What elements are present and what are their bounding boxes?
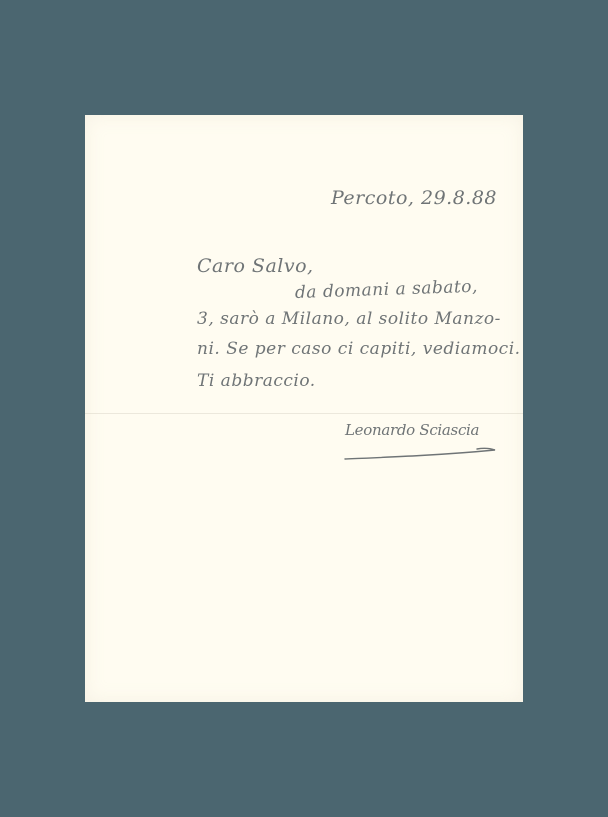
letter-salutation: Caro Salvo, xyxy=(197,255,314,277)
letter-date: Percoto, 29.8.88 xyxy=(331,187,497,209)
letter-body-line-1: da domani a sabato, xyxy=(295,277,479,303)
letter-paper: Percoto, 29.8.88 Caro Salvo, da domani a… xyxy=(85,115,523,702)
letter-body-line-3: ni. Se per caso ci capiti, vediamoci. xyxy=(197,339,521,359)
letter-body-line-2: 3, sarò a Milano, al solito Manzo- xyxy=(197,309,501,329)
letter-signature: Leonardo Sciascia xyxy=(345,421,479,439)
paper-fold-line xyxy=(85,413,523,414)
signature-flourish-icon xyxy=(343,447,499,461)
letter-closing: Ti abbraccio. xyxy=(197,371,316,391)
